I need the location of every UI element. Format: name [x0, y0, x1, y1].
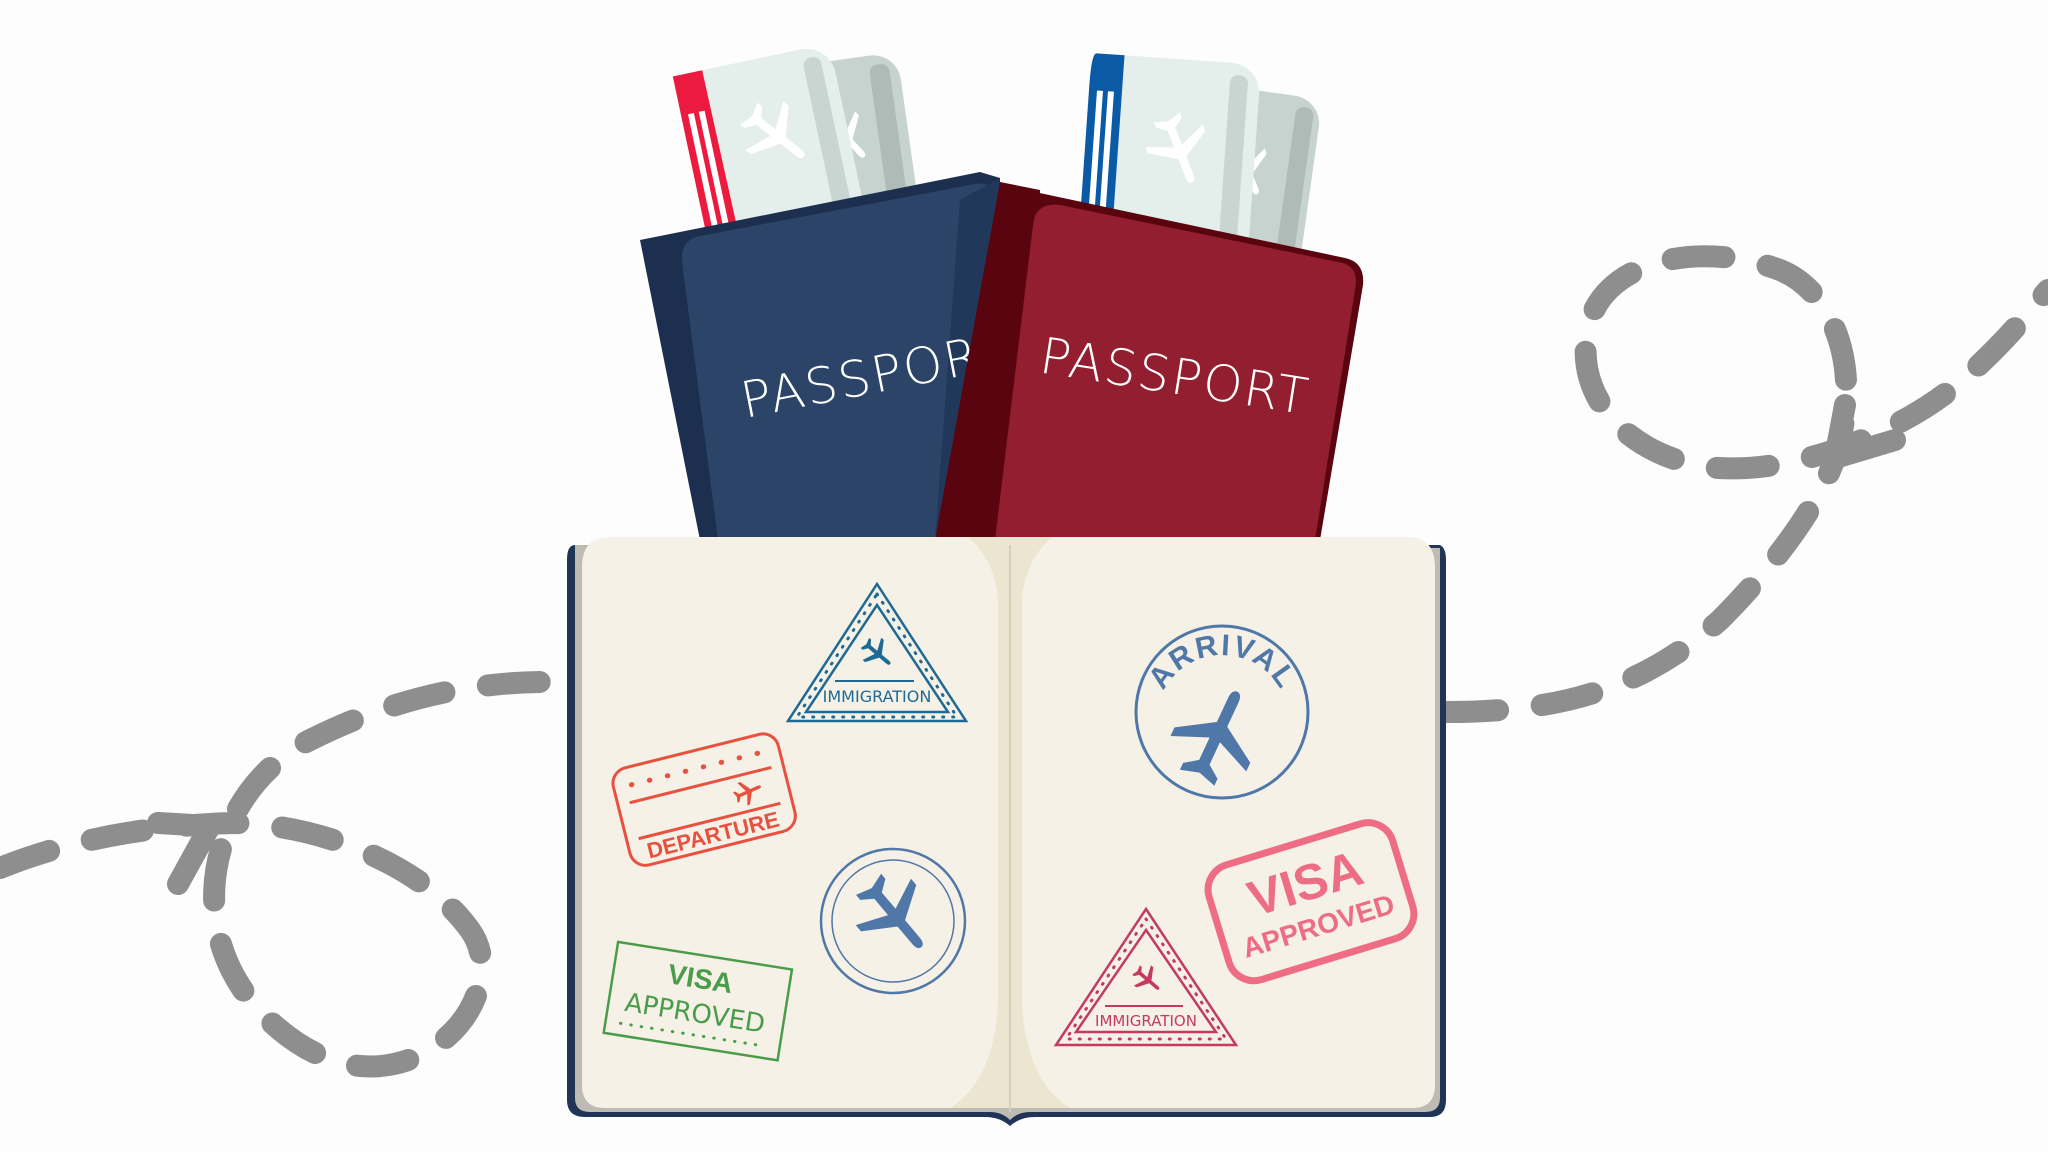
red-passport: PASSPORT [935, 53, 1363, 540]
travel-illustration: PASSPORT PASSPORT [0, 0, 2048, 1152]
flight-path-left [0, 682, 567, 1067]
flight-path-right [1446, 256, 2048, 712]
stamp-label: IMMIGRATION [823, 687, 932, 706]
left-page [582, 537, 1010, 1108]
stamp-label: IMMIGRATION [1095, 1012, 1197, 1030]
flight-arrow-icon [158, 823, 210, 884]
